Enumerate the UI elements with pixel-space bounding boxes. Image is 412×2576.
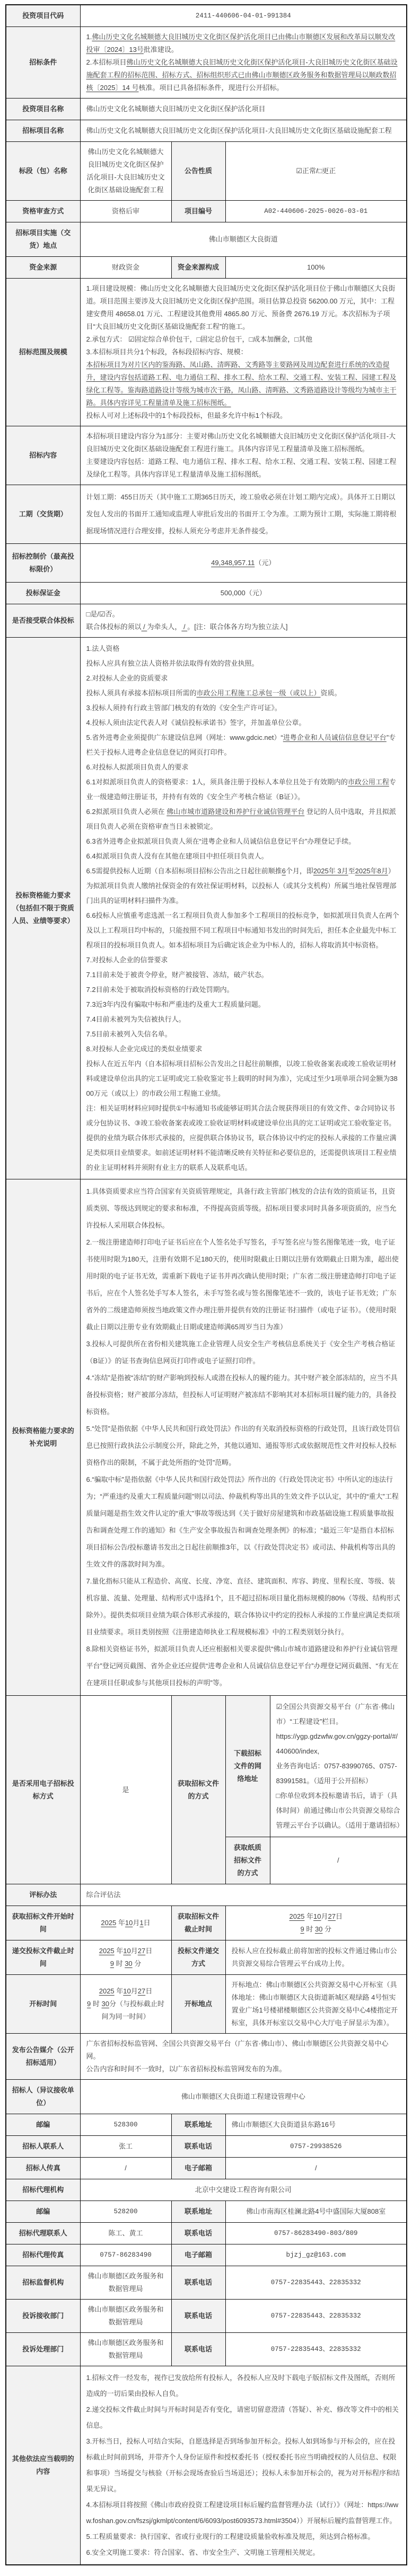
value-investment-project-code: 2411-440606-04-01-991384 xyxy=(80,5,407,27)
label-project-number: 项目编号 xyxy=(171,201,225,222)
label-tenderer: 招标人（异议接收单位） xyxy=(6,2080,80,2114)
row-consortium-accepted: 是否接受联合体投标 □是/☑否。联合体投标的须以 / 为牵头人， / 。[注：联… xyxy=(6,604,407,638)
underlined-text: 6 xyxy=(282,867,286,875)
row-fund-source: 资金来源 财政资金 资金来源构成 100% xyxy=(6,257,407,279)
underlined-text: 市政公用工程施工总承包一级（或以上） xyxy=(197,689,321,697)
row-electronic-bidding: 是否采用电子招标投标方式 是 获取招标文件的方式 下载招标文件的网络地址 ☑全国… xyxy=(6,1696,407,1837)
paragraph: 2.一级注册建造师打印电子证书后应在个人签名处手写签名，手写签名应与签名图像笔迹… xyxy=(86,1234,401,1336)
value-supervision-phone: 0757-22835443、22835332 xyxy=(225,2266,407,2300)
paragraph: 本招标项目为对片区内的鉴海路、凤山路、清晖路、文秀路等主要路网及周边配套进行系统… xyxy=(86,359,401,409)
value-other-content: 1.招标文件一经发布，视作已发放给所有投标人，各投标人应及时下载电子版招标文件及… xyxy=(80,2366,407,2565)
text-segment: 。[注：联合体各方均为独立法人] xyxy=(187,623,287,631)
paragraph: 2025 年10月27日 xyxy=(232,1910,401,1923)
row-complaint-handling: 投诉处理部门 佛山市顺德区政务服务和数据管理局 联系电话 0757-228354… xyxy=(6,2333,407,2366)
label-construction-period: 工期（交货期） xyxy=(6,485,80,544)
value-tenderer: 佛山市顺德区大良街道工程建设管理中心 xyxy=(80,2080,407,2114)
underlined-text: 10 xyxy=(313,1912,321,1920)
text-segment: 月 xyxy=(133,1919,139,1927)
row-construction-period: 工期（交货期） 计划工期：455日历天（其中施工工期365日历天，竣工验收必须在… xyxy=(6,485,407,544)
label-bidder-qualification: 投标资格能力要求（包括但不限于资质人员、业绩等要求） xyxy=(6,638,80,1179)
label-complaint-handling-phone: 联系电话 xyxy=(171,2333,225,2366)
label-supervision-phone: 联系电话 xyxy=(171,2266,225,2300)
paragraph: 4.本招标项目将按照《佛山市政府投资工程建设项目标后履约监督管理办法（试行）》（… xyxy=(86,2497,401,2529)
paragraph: 本招标项目建设内容分为1部分：主要对佛山历史文化名城顺德大良旧城历史文化街区保护… xyxy=(86,430,401,455)
value-bidder-qualification: 1.法人资格投标人应具有独立法人资格并依法取得有效的营业执照。2.对投标人企业的… xyxy=(80,638,407,1179)
label-consortium-accepted: 是否接受联合体投标 xyxy=(6,604,80,638)
label-bid-deposit: 投标保证金 xyxy=(6,583,80,604)
underlined-text: 2025 xyxy=(101,1919,116,1927)
paragraph: ☑全国公共资源交易平台（广东省·佛山市）“工程建设”栏目。 xyxy=(276,1700,401,1729)
label-document-acquisition-method: 获取招标文件的方式 xyxy=(171,1696,225,1884)
paragraph: 5.“处罚”是指依据《中华人民共和国行政处罚法》作出的有关取消投标资格的行政处罚… xyxy=(86,1420,401,1471)
label-complaint-receiving: 投诉接收部门 xyxy=(6,2300,80,2333)
value-tenderer-address: 佛山市顺德区大良街道县东路16号 xyxy=(225,2114,407,2136)
paragraph: 1.具体资质要求应当符合国家有关资质管理规定，具备行政主管部门核发的合法有效的资… xyxy=(86,1183,401,1234)
value-delivery-location: 佛山市顺德区大良街道 xyxy=(80,222,407,257)
underlined-text: 进粤企业和人员诚信信息登记平台 xyxy=(283,734,387,741)
text-segment: 6.1对拟派项目负责人的资格要求：1人，须具备注册于投标人本单位且处于有效期内的 xyxy=(86,778,348,786)
paragraph: 投标人在近五年内（自本招标项目招标公告发出之日起往前顺推，以竣工验收备案表或竣工… xyxy=(86,1057,401,1101)
label-announcement-media: 发布公告媒介（公开招标适用） xyxy=(6,2034,80,2080)
text-segment: 月 xyxy=(131,1947,138,1955)
paragraph: 2.承包方式： ☑固定综合单价包干，□固定总价包干，□成本加酬金，□其他 xyxy=(86,333,401,346)
row-agency: 招标代理机构 北京中交建设工程咨询有限公司 xyxy=(6,2179,407,2201)
underlined-text: 1 xyxy=(139,1919,143,1927)
underlined-text: 2025 xyxy=(99,1947,115,1955)
text-segment: 年 xyxy=(304,1912,313,1920)
value-agency-phone: 0757-86283490-803/809 xyxy=(225,2223,407,2244)
text-segment: 核准。项目已具备招标条件，现进行公开招标。 xyxy=(139,84,284,92)
value-bid-opening-time: 2025 年10月27日9 时 30分（与投标截止时间为同一时间） xyxy=(80,1975,171,2034)
row-complaint-receiving: 投诉接收部门 佛山市顺德区政务服务和数据管理局 联系电话 0757-228354… xyxy=(6,2300,407,2333)
value-project-number: A02-440606-2025-0026-03-01 xyxy=(225,201,407,222)
value-bid-opening-place: 开标地点：佛山市顺德区公共资源交易中心开标室（具体地址：佛山市顺德区大良街道新城… xyxy=(225,1975,407,2034)
label-bid-submission-deadline: 递交投标文件截止时间 xyxy=(6,1940,80,1975)
underlined-text: 27 xyxy=(138,1947,145,1955)
row-bid-opening: 开标时间 2025 年10月27日9 时 30分（与投标截止时间为同一时间） 开… xyxy=(6,1975,407,2034)
label-agency-postcode: 邮编 xyxy=(6,2201,80,2223)
row-tenderer-fax: 招标人传真 / 电子邮箱 / xyxy=(6,2158,407,2179)
label-tenderer-contact: 招标人联系人 xyxy=(6,2136,80,2158)
underlined-text: 2025 xyxy=(99,1987,115,1995)
paragraph: 8.对投标人企业完成过的类似业绩要求 xyxy=(86,1042,401,1057)
underlined-text: 2025年8月 xyxy=(355,867,388,875)
label-other-content: 其他依法应当载明的内容 xyxy=(6,2366,80,2565)
label-evaluation-method: 评标办法 xyxy=(6,1884,80,1906)
label-bid-opening-place: 开标地点 xyxy=(171,1975,225,2034)
underlined-text: 9 xyxy=(300,1925,304,1933)
underlined-text: 10 xyxy=(125,1919,133,1927)
paragraph: 联合体投标的须以 / 为牵头人， / 。[注：联合体各方均为独立法人] xyxy=(86,621,401,633)
value-section-name: 佛山历史文化名城顺德大良旧城历史文化街区保护活化项目-大良旧城历史文化街区基础设… xyxy=(80,142,171,201)
label-tenderer-address: 联系地址 xyxy=(171,2114,225,2136)
label-fund-source: 资金来源 xyxy=(6,257,80,279)
value-fund-source: 财政资金 xyxy=(80,257,171,279)
paragraph: 4.“冻结”是指被“冻结”的财产影响到投标人或潜在投标人的履约能力。其中财产被全… xyxy=(86,1370,401,1420)
label-tenderer-email: 电子邮箱 xyxy=(171,2158,225,2179)
text-segment: 日 xyxy=(144,1919,151,1927)
value-announcement-nature: ☑正常/□更正 xyxy=(225,142,407,201)
text-segment: 年 xyxy=(115,1947,124,1955)
value-tender-scope: 1.项目建设规模：佛山历史文化名城顺德大良旧城历史文化街区保护活化项目位于佛山市… xyxy=(80,279,407,426)
value-agency-postcode: 528200 xyxy=(80,2201,171,2223)
row-section-name: 标段（包）名称 佛山历史文化名城顺德大良旧城历史文化街区保护活化项目-大良旧城历… xyxy=(6,142,407,201)
paragraph: 5.工程质量要求：执行国家、省或行业现行的工程建设质量验收标准及规范，须达到合格… xyxy=(86,2529,401,2545)
label-complaint-receiving-phone: 联系电话 xyxy=(171,2300,225,2333)
label-bid-opening-time: 开标时间 xyxy=(6,1975,80,2034)
underlined-text: / xyxy=(181,623,187,631)
underlined-text: 30 xyxy=(315,1925,322,1933)
text-segment: 为牵头人， xyxy=(147,623,181,631)
paragraph: 公告内容和时间不一致时，以广东省招标投标监管网发布的为准。 xyxy=(86,2063,401,2076)
text-segment: 5.省外进粤企业须提供广东建设信息网（网址：www.gdcic.net）“ xyxy=(86,734,283,741)
row-tenderer-contact: 招标人联系人 张工 联系电话 0757-29938526 xyxy=(6,2136,407,2158)
text-segment: 2.本招标项目 xyxy=(86,58,127,66)
label-investment-project-code: 投资项目代码 xyxy=(6,5,80,27)
text-segment: 日 xyxy=(145,1987,152,1995)
paragraph: 投标人应具有独立法人资格并依法取得有效的营业执照。 xyxy=(86,656,401,671)
paragraph: 6.“骗取中标”是指依据《中华人民共和国行政处罚法》所作出的《行政处罚决定书》中… xyxy=(86,1471,401,1573)
row-tenderer: 招标人（异议接收单位） 佛山市顺德区大良街道工程建设管理中心 xyxy=(6,2080,407,2114)
paragraph: 2025 年10月27日 xyxy=(86,1985,165,1998)
value-tender-content: 本招标项目建设内容分为1部分：主要对佛山历史文化名城顺德大良旧城历史文化街区保护… xyxy=(80,426,407,485)
paragraph: 5.省外进粤企业须提供广东建设信息网（网址：www.gdcic.net）“进粤企… xyxy=(86,730,401,760)
label-price-ceiling: 招标控制价（最高投标限价） xyxy=(6,544,80,583)
value-consortium-accepted: □是/☑否。联合体投标的须以 / 为牵头人， / 。[注：联合体各方均为独立法人… xyxy=(80,604,407,638)
label-supervision-authority: 招标监督机构 xyxy=(6,2266,80,2300)
text-segment: 1. xyxy=(86,33,92,41)
underlined-text: 10 xyxy=(123,1947,130,1955)
paragraph: 1.招标文件一经发布，视作已发放给所有投标人，各投标人应及时下载电子版招标文件及… xyxy=(86,2370,401,2402)
paragraph: 投标人须具有承接本招标项目所需的市政公用工程施工总承包一级（或以上）资质。 xyxy=(86,686,401,701)
value-tender-project-name: 佛山历史文化名城顺德大良旧城历史文化街区保护活化项目-大良旧城历史文化街区基础设… xyxy=(80,120,407,142)
label-tenderer-fax: 招标人传真 xyxy=(6,2158,80,2179)
paragraph: 1.项目建设规模：佛山历史文化名城顺德大良旧城历史文化街区保护活化项目位于佛山市… xyxy=(86,282,401,333)
underlined-text: / xyxy=(142,623,147,631)
underlined-text: 27 xyxy=(138,1987,145,1995)
paragraph: 1.佛山历史文化名城顺德大良旧城历史文化街区保护活化项目已由佛山市顺德区发展和改… xyxy=(86,31,401,56)
announcement-page: 投资项目代码 2411-440606-04-01-991384 招标条件 1.佛… xyxy=(0,0,412,2576)
row-tender-scope: 招标范围及规模 1.项目建设规模：佛山历史文化名城顺德大良旧城历史文化街区保护活… xyxy=(6,279,407,426)
text-segment: 年 xyxy=(115,1987,124,1995)
text-segment: 时 xyxy=(91,2000,101,2008)
value-supervision-authority: 佛山市顺德区政务服务和数据管理局 xyxy=(80,2266,171,2300)
paragraph: 6.4拟派项目负责人没有在其他在建项目中担任项目负责人。 xyxy=(86,849,401,864)
paragraph: 6.安全文明施工要求：符合国家、省、市安全生产、文明施工管理相关规定。 xyxy=(86,2545,401,2561)
underlined-text: 本招标项目为对片区内的鉴海路、凤山路、清晖路、文秀路等主要路网及周边配套进行系统… xyxy=(86,361,397,407)
value-document-deadline: 2025 年10月27日9 时 30 分 xyxy=(225,1906,407,1940)
underlined-text: 27 xyxy=(328,1912,336,1920)
tender-announcement-table: 投资项目代码 2411-440606-04-01-991384 招标条件 1.佛… xyxy=(5,4,407,2565)
paragraph: 投标人可对上述标段中的1个标段投标，但最多允许中标1个标段。 xyxy=(86,409,401,422)
value-paper-document-method: / xyxy=(270,1837,407,1884)
paragraph: 4.投标人须由法定代表人对《诚信投标承诺书》签字，并加盖单位公章。 xyxy=(86,715,401,730)
paragraph: 3.本招标项目共分1个标段，各标段招标内容、规模： xyxy=(86,346,401,359)
value-complaint-receiving-phone: 0757-22835443、22835332 xyxy=(225,2300,407,2333)
value-construction-period: 计划工期：455日历天（其中施工工期365日历天，竣工验收必须在计划工期内完成）… xyxy=(80,485,407,544)
paragraph: 6.1对拟派项目负责人的资格要求：1人，须具备注册于投标人本单位且处于有效期内的… xyxy=(86,775,401,804)
paragraph: 9 时 30 分 xyxy=(232,1923,401,1936)
row-prequalification: 资格审查方式 资格后审 项目编号 A02-440606-2025-0026-03… xyxy=(6,201,407,222)
text-segment: 批准建设。 xyxy=(144,46,178,53)
label-agency-phone: 联系电话 xyxy=(171,2223,225,2244)
paragraph: 8.除相关资格证书外，拟派项目负责人还应根据相关要求提供“佛山市城市道路建设和养… xyxy=(86,1641,401,1692)
label-tender-content: 招标内容 xyxy=(6,426,80,485)
value-bid-deposit: 500,000（元） xyxy=(80,583,407,604)
row-tender-project-name: 招标项目名称 佛山历史文化名城顺德大良旧城历史文化街区保护活化项目-大良旧城历史… xyxy=(6,120,407,142)
value-evaluation-method: 综合评估法 xyxy=(80,1884,407,1906)
value-fund-composition: 100% xyxy=(225,257,407,279)
text-segment: 时 xyxy=(304,1925,315,1933)
paragraph: 主要建设内容包括：道路工程、电力通信工程、排水工程、给水工程、交通工程、安装工程… xyxy=(86,455,401,481)
label-qualification-notes: 投标资格能力要求的补充说明 xyxy=(6,1179,80,1696)
value-prequalification-method: 资格后审 xyxy=(80,201,171,222)
text-segment: 至 xyxy=(348,867,355,875)
row-evaluation-method: 评标办法 综合评估法 xyxy=(6,1884,407,1906)
underlined-text: 2025 xyxy=(289,1912,304,1920)
value-agency-fax: 0757-86283490 xyxy=(80,2244,171,2266)
value-price-ceiling: 49,348,957.11（元） xyxy=(80,544,407,583)
paragraph: 2.本招标项目佛山历史文化名城顺德大良旧城历史文化街区保护活化项目-大良旧城历史… xyxy=(86,56,401,94)
underlined-text: 市政公用工程 xyxy=(348,778,389,786)
row-bidder-qualification: 投标资格能力要求（包括但不限于资质人员、业绩等要求） 1.法人资格投标人应具有独… xyxy=(6,638,407,1179)
underlined-text: 49,348,957.11 xyxy=(211,559,255,567)
value-agency-address: 佛山市南海区桂澜北路4号中盛国际大厦808室 xyxy=(225,2201,407,2223)
value-tenderer-contact: 张工 xyxy=(80,2136,171,2158)
row-agency-fax: 招标代理传真 0757-86283490 电子邮箱 bjzj_gz@163.co… xyxy=(6,2244,407,2266)
label-agency-address: 联系地址 xyxy=(171,2201,225,2223)
row-price-ceiling: 招标控制价（最高投标限价） 49,348,957.11（元） xyxy=(6,544,407,583)
row-bid-deposit: 投标保证金 500,000（元） xyxy=(6,583,407,604)
row-supervision-authority: 招标监督机构 佛山市顺德区政务服务和数据管理局 联系电话 0757-228354… xyxy=(6,2266,407,2300)
value-bid-submission-method: 投标人应在投标截止前将加密的投标文件通过佛山市公共资源交易综合管理云平台成功上传… xyxy=(225,1940,407,1975)
value-complaint-handling-phone: 0757-22835443、22835332 xyxy=(225,2333,407,2366)
value-agency-contact: 陈工、黄工 xyxy=(80,2223,171,2244)
row-agency-contact: 招标代理联系人 陈工、黄工 联系电话 0757-86283490-803/809 xyxy=(6,2223,407,2244)
text-segment: 6.2拟派项目负责人必须在 xyxy=(86,808,167,816)
value-download-url: ☑全国公共资源交易平台（广东省·佛山市）“工程建设”栏目。https://ygp… xyxy=(270,1696,407,1837)
label-prequalification-method: 资格审查方式 xyxy=(6,201,80,222)
paragraph: 7.3近3年内没有骗取中标和严重违约及重大工程质量问题。 xyxy=(86,997,401,1012)
row-tender-content: 招标内容 本招标项目建设内容分为1部分：主要对佛山历史文化名城顺德大良旧城历史文… xyxy=(6,426,407,485)
paragraph: 6.3省外进粤企业拟派项目负责人须在“进粤企业和人员诚信信息登记平台”办理登记手… xyxy=(86,834,401,849)
text-segment: 月 xyxy=(131,1987,138,1995)
label-tender-project-name: 招标项目名称 xyxy=(6,120,80,142)
label-delivery-location: 招标项目实施（交货）地点 xyxy=(6,222,80,257)
label-tender-conditions: 招标条件 xyxy=(6,27,80,99)
label-tenderer-phone: 联系电话 xyxy=(171,2136,225,2158)
label-agency-fax: 招标代理传真 xyxy=(6,2244,80,2266)
text-segment: 联合体投标的须以 xyxy=(86,623,142,631)
paragraph: 7.2目前未处于被取消投标资格的行政处罚期内。 xyxy=(86,982,401,997)
text-segment: 资质。 xyxy=(321,689,341,697)
row-delivery-location: 招标项目实施（交货）地点 佛山市顺德区大良街道 xyxy=(6,222,407,257)
label-complaint-handling: 投诉处理部门 xyxy=(6,2333,80,2366)
label-agency-email: 电子邮箱 xyxy=(171,2244,225,2266)
value-investment-project-name: 佛山历史文化名城顺德大良旧城历史文化街区保护活化项目 xyxy=(80,99,407,120)
paragraph: 2.对投标人企业的资质要求 xyxy=(86,671,401,686)
row-investment-project-name: 投资项目名称 佛山历史文化名城顺德大良旧城历史文化街区保护活化项目 xyxy=(6,99,407,120)
value-document-start-time: 2025 年10月1日 xyxy=(80,1906,171,1940)
row-qualification-notes: 投标资格能力要求的补充说明 1.具体资质要求应当符合国家有关资质管理规定，具备行… xyxy=(6,1179,407,1696)
paragraph: □你单位收到本投标邀请书后，请于（具体时间）前通过佛山市公共资源交易综合管理云平… xyxy=(276,1788,401,1833)
label-section-name: 标段（包）名称 xyxy=(6,142,80,201)
value-agency: 北京中交建设工程咨询有限公司 xyxy=(80,2179,407,2201)
paragraph: 1.法人资格 xyxy=(86,641,401,656)
value-qualification-notes: 1.具体资质要求应当符合国家有关资质管理规定，具备行政主管部门核发的合法有效的资… xyxy=(80,1179,407,1696)
paragraph: 2025 年10月27日 xyxy=(86,1945,165,1957)
value-tenderer-phone: 0757-29938526 xyxy=(225,2136,407,2158)
paragraph: □是/☑否。 xyxy=(86,608,401,621)
value-announcement-media: 广东省招标投标监管网、全国公共资源交易平台（广东省·佛山市）、佛山市顺德区公共资… xyxy=(80,2034,407,2080)
value-tender-conditions: 1.佛山历史文化名城顺德大良旧城历史文化街区保护活化项目已由佛山市顺德区发展和改… xyxy=(80,27,407,99)
row-bid-submission: 递交投标文件截止时间 2025 年10月27日9 时 30 分 投标文件递交方式… xyxy=(6,1940,407,1975)
value-tenderer-fax: / xyxy=(80,2158,171,2179)
paragraph: 9 时 30 分 xyxy=(86,1957,165,1970)
paragraph: 6.2拟派项目负责人必须在 佛山市城市道路建设和养护行业诚信管理平台 登记的人员… xyxy=(86,804,401,834)
label-document-deadline: 获取招标文件截止时间 xyxy=(171,1906,225,1940)
underlined-text: 10 xyxy=(123,1987,130,1995)
text-segment: 分（与投标截止时间为同一时间） xyxy=(101,2000,164,2020)
paragraph: 7.量化指标只能从工程造价、高度、长度、净宽、直径、建筑面积、库容、跨度、里程长… xyxy=(86,1573,401,1641)
label-tender-scope: 招标范围及规模 xyxy=(6,279,80,426)
label-download-url: 下载招标文件的网络地址 xyxy=(225,1696,270,1837)
paragraph: 6.6投标人应慎重考虑选派一名工程项目负责人参加多个工程项目的投标竞争，如拟派项… xyxy=(86,908,401,953)
underlined-text: 9 xyxy=(110,1960,114,1967)
text-segment: 日 xyxy=(336,1912,343,1920)
label-paper-document-method: 获取纸质招标文件的方式 xyxy=(225,1837,270,1884)
label-electronic-bidding: 是否采用电子招标投标方式 xyxy=(6,1696,80,1884)
underlined-text: 佛山市城市道路建设和养护行业诚信管理平台 xyxy=(166,808,304,816)
label-announcement-nature: 公告性质 xyxy=(171,142,225,201)
row-tender-conditions: 招标条件 1.佛山历史文化名城顺德大良旧城历史文化街区保护活化项目已由佛山市顺德… xyxy=(6,27,407,99)
paragraph: 6.对投标人拟派项目负责人的要求 xyxy=(86,760,401,775)
paragraph: 3.开标当日，投标人可结合实际，自愿选择是否到场参加开标会。投标人如到场参与开标… xyxy=(86,2434,401,2497)
row-investment-project-code: 投资项目代码 2411-440606-04-01-991384 xyxy=(6,5,407,27)
label-investment-project-name: 投资项目名称 xyxy=(6,99,80,120)
text-segment: 分 xyxy=(322,1925,331,1933)
value-tenderer-email: / xyxy=(225,2158,407,2179)
paragraph: 6.5需提供投标人近期（自本招标项目招标公告出之日起往前顺推6个月，即2025年… xyxy=(86,864,401,908)
value-tenderer-postcode: 528300 xyxy=(80,2114,171,2136)
row-other-content: 其他依法应当载明的内容 1.招标文件一经发布，视作已发放给所有投标人，各投标人应… xyxy=(6,2366,407,2565)
label-document-start-time: 获取招标文件开始时间 xyxy=(6,1906,80,1940)
label-agency: 招标代理机构 xyxy=(6,2179,80,2201)
paragraph: 7.对投标人企业的信誉要求 xyxy=(86,953,401,968)
text-segment: 日 xyxy=(145,1947,152,1955)
paragraph: 3.投标人须持有行政主管部门核发的有效的《安全生产许可证》。 xyxy=(86,701,401,715)
text-segment: 时 xyxy=(114,1960,125,1967)
label-fund-composition: 资金来源构成 xyxy=(171,257,225,279)
text-segment: 投标人须具有承接本招标项目所需的 xyxy=(86,689,197,697)
text-segment: 年 xyxy=(116,1919,125,1927)
value-complaint-handling: 佛山市顺德区政务服务和数据管理局 xyxy=(80,2333,171,2366)
paragraph: 7.5目前未被列入失信名单。 xyxy=(86,1027,401,1042)
paragraph: 9 时 30分（与投标截止时间为同一时间） xyxy=(86,1998,165,2023)
row-announcement-media: 发布公告媒介（公开招标适用） 广东省招标投标监管网、全国公共资源交易平台（广东省… xyxy=(6,2034,407,2080)
label-agency-contact: 招标代理联系人 xyxy=(6,2223,80,2244)
value-bid-submission-deadline: 2025 年10月27日9 时 30 分 xyxy=(80,1940,171,1975)
underlined-text: 30 xyxy=(101,2000,109,2008)
value-electronic-bidding: 是 xyxy=(80,1696,171,1884)
underlined-text: 佛山历史文化名城顺德大良旧城历史文化街区保护活化项目已由佛山市顺德区发展和改革局… xyxy=(86,33,396,53)
value-agency-email: bjzj_gz@163.com xyxy=(225,2244,407,2266)
text-segment: （元） xyxy=(255,559,275,567)
text-segment: 月 xyxy=(321,1912,328,1920)
row-document-time: 获取招标文件开始时间 2025 年10月1日 获取招标文件截止时间 2025 年… xyxy=(6,1906,407,1940)
underlined-text: 2025年 3月 xyxy=(313,867,348,875)
paragraph: 7.4目前未被列为失信被执行人。 xyxy=(86,1012,401,1027)
paragraph: 注：相关证明材料应同时提供①中标通知书或能够证明其合法合规获得项目的有效文件、②… xyxy=(86,1101,401,1175)
paragraph: https://ygp.gdzwfw.gov.cn/ggzy-portal/#/… xyxy=(276,1729,401,1759)
row-tenderer-postcode: 邮编 528300 联系地址 佛山市顺德区大良街道县东路16号 xyxy=(6,2114,407,2136)
row-agency-postcode: 邮编 528200 联系地址 佛山市南海区桂澜北路4号中盛国际大厦808室 xyxy=(6,2201,407,2223)
paragraph: 3.投标人可提供所在省份相关建筑施工企业管理人员安全生产考核信息系统关于《安全生… xyxy=(86,1336,401,1370)
label-tenderer-postcode: 邮编 xyxy=(6,2114,80,2136)
paragraph: 7.1目前未处于被责令停业，财产被接管、冻结，破产状态。 xyxy=(86,968,401,982)
underlined-text: 30 xyxy=(125,1960,132,1967)
label-bid-submission-method: 投标文件递交方式 xyxy=(171,1940,225,1975)
paragraph: 业务咨询电话：0757-83990765、0757-83991581。（适用于公… xyxy=(276,1759,401,1788)
text-segment: 个月，即 xyxy=(286,867,313,875)
text-segment: 分 xyxy=(133,1960,142,1967)
text-segment: 6.5需提供投标人近期（自本招标项目招标公告出之日起往前顺推 xyxy=(86,867,282,875)
value-complaint-receiving: 佛山市顺德区政务服务和数据管理局 xyxy=(80,2300,171,2333)
paragraph: 广东省招标投标监管网、全国公共资源交易平台（广东省·佛山市）、佛山市顺德区公共资… xyxy=(86,2037,401,2063)
paragraph: 2.递交投标文件截止时间与开标时间是否有变化，请密切留意澄清（答疑）、补充、修改… xyxy=(86,2402,401,2434)
